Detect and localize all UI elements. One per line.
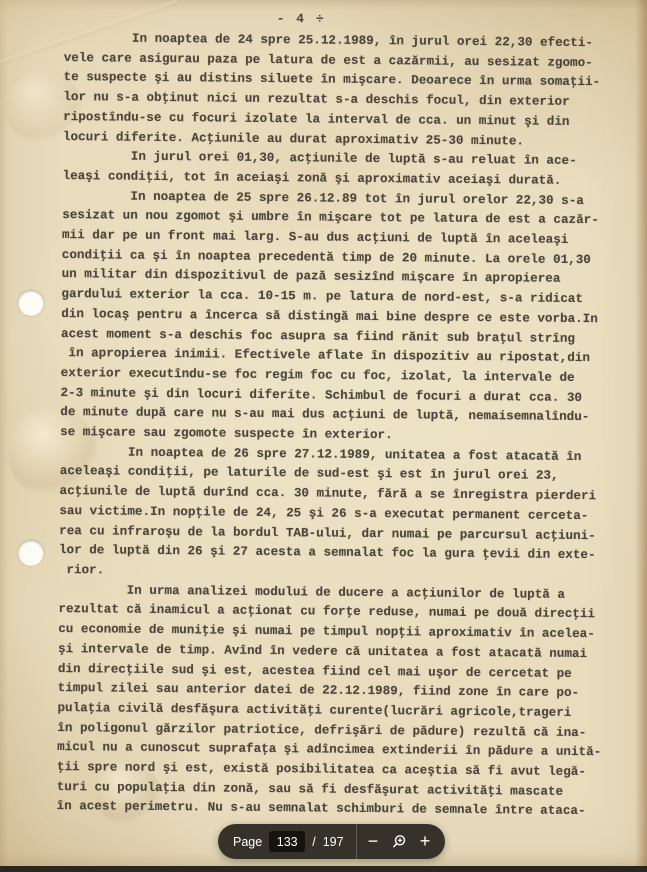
zoom-magnifier-button[interactable] <box>387 827 411 857</box>
typewritten-text-block: - 4 ÷ In noaptea de 24 spre 25.12.1989, … <box>0 0 647 866</box>
page-label: Page <box>233 835 262 849</box>
page-separator: / <box>312 835 315 849</box>
document-body-text: In noaptea de 24 spre 25.12.1989, în jur… <box>56 29 637 823</box>
page-navigation: Page / 197 <box>218 824 356 859</box>
page-total: 197 <box>323 835 344 849</box>
zoom-in-button[interactable]: + <box>413 827 437 857</box>
pdf-viewer-toolbar: Page / 197 − + <box>218 824 445 859</box>
scanned-page: - 4 ÷ In noaptea de 24 spre 25.12.1989, … <box>0 0 647 866</box>
page-number-header: - 4 ÷ <box>238 11 364 27</box>
page-number-input[interactable] <box>269 831 305 852</box>
magnifier-plus-icon <box>391 834 407 850</box>
zoom-controls: − + <box>357 824 445 859</box>
text-line: în acest perimetru. Nu s-au semnalat sch… <box>56 797 629 822</box>
zoom-out-button[interactable]: − <box>361 827 385 857</box>
